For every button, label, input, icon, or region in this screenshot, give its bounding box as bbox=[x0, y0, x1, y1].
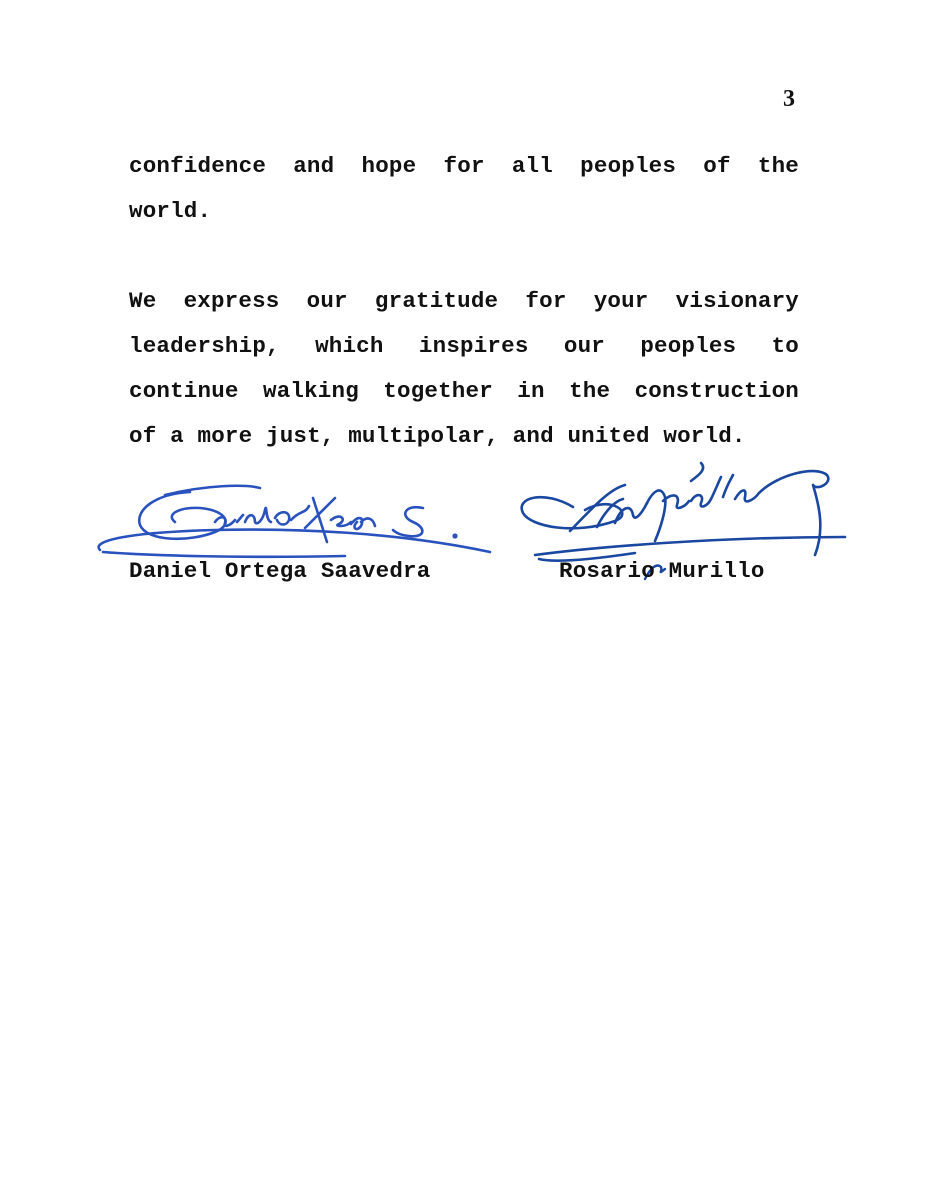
page-number: 3 bbox=[783, 86, 795, 113]
paragraph-line: We express our gratitude for your vision… bbox=[129, 279, 799, 324]
paragraph-line: world. bbox=[129, 189, 799, 234]
handwritten-signature-ortega bbox=[95, 470, 495, 570]
signatory-name: Rosario Murillo bbox=[559, 558, 765, 584]
signatory-name: Daniel Ortega Saavedra bbox=[129, 558, 430, 584]
paragraph-line: confidence and hope for all peoples of t… bbox=[129, 144, 799, 189]
paragraph-closing: confidence and hope for all peoples of t… bbox=[129, 144, 799, 234]
paragraph-gratitude: We express our gratitude for your vision… bbox=[129, 279, 799, 459]
paragraph-line: leadership, which inspires our peoples t… bbox=[129, 324, 799, 369]
paragraph-line: of a more just, multipolar, and united w… bbox=[129, 414, 799, 459]
paragraph-line: continue walking together in the constru… bbox=[129, 369, 799, 414]
